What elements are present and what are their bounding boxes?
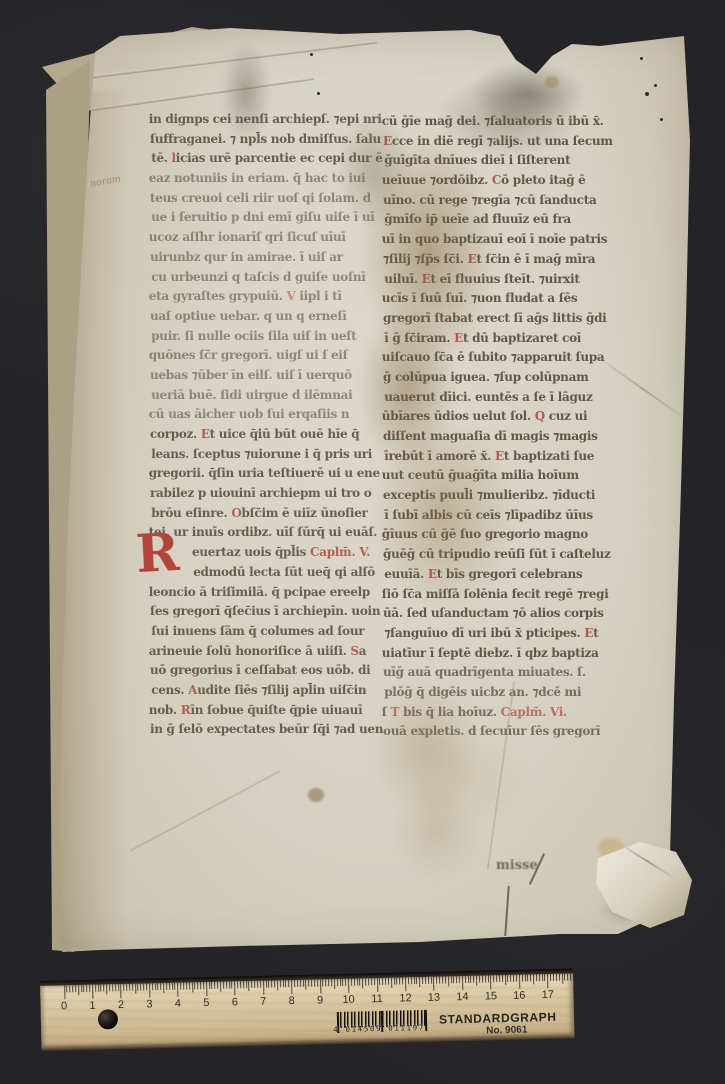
ruler-tick (530, 974, 531, 981)
ruler-tick (160, 983, 161, 990)
ruler-tick (351, 979, 352, 986)
ruler-tick (340, 979, 341, 986)
ruler-tick (192, 982, 193, 992)
ruler-tick (92, 985, 93, 999)
ruler-tick (163, 983, 164, 993)
ruler-tick (533, 974, 534, 984)
ruler-tick (320, 979, 321, 993)
ruler-tick (186, 983, 187, 990)
ruler-tick (212, 982, 213, 989)
ruler-tick (169, 983, 170, 990)
ruler-tick (140, 984, 141, 991)
ruler-number: 8 (289, 995, 295, 1007)
ruler-number: 3 (146, 998, 152, 1010)
ruler-tick (240, 981, 241, 988)
ruler-tick (428, 977, 429, 984)
ruler-tick (95, 985, 96, 992)
ruler-tick (223, 982, 224, 989)
ruler-tick (271, 981, 272, 988)
ruler-tick (342, 979, 343, 986)
ruler-tick (220, 982, 221, 992)
ruler-tick (567, 974, 568, 981)
ruler-tick (465, 976, 466, 983)
ruler-number: 2 (118, 999, 124, 1011)
ruler-tick (516, 975, 517, 982)
ruler-tick (166, 983, 167, 990)
ruler-tick (112, 984, 113, 991)
ruler-tick (496, 975, 497, 982)
ruler-tick (510, 975, 511, 982)
ruler-tick (544, 974, 545, 981)
ruler-tick (539, 974, 540, 981)
barcode-digits: 4 014509 011197 (333, 1023, 433, 1034)
ruler-number: 17 (542, 989, 555, 1001)
ruler-number: 10 (342, 994, 355, 1006)
ruler-tick (490, 975, 491, 989)
ruler-tick (98, 985, 99, 992)
ruler-tick (300, 980, 301, 987)
ruler-tick (564, 974, 565, 981)
ruler-tick (257, 981, 258, 988)
ruler-tick (411, 977, 412, 984)
ruler-tick (451, 976, 452, 983)
ruler-tick (268, 981, 269, 988)
manuscript-leaf: noram in dignps cei nenſi archiepſ. ⁊epi… (40, 20, 705, 965)
ruler-tick (305, 980, 306, 990)
ruler-tick (157, 983, 158, 990)
ruler-tick (180, 983, 181, 990)
ruler-tick (246, 981, 247, 988)
wooden-ruler: 01234567891011121314151617 4 014509 0111… (40, 968, 575, 1051)
leaf-vignette (40, 20, 705, 965)
ruler-tick (357, 979, 358, 986)
ruler-tick (485, 975, 486, 982)
ruler-tick (325, 979, 326, 986)
ruler-tick (277, 980, 278, 990)
ruler-tick (138, 984, 139, 991)
ruler-scale: 01234567891011121314151617 (40, 968, 575, 1051)
ruler-tick (414, 977, 415, 984)
ruler-tick (388, 978, 389, 985)
ruler-tick (422, 977, 423, 984)
ruler-tick (331, 979, 332, 986)
ruler-tick (217, 982, 218, 989)
ruler-tick (75, 985, 76, 992)
ruler-tick (72, 985, 73, 992)
ruler-tick (354, 979, 355, 986)
ruler-tick (462, 976, 463, 990)
ruler-tick (547, 974, 548, 988)
ruler-tick (334, 979, 335, 989)
ruler-tick (394, 978, 395, 985)
ruler-tick (405, 977, 406, 991)
ruler-tick (559, 974, 560, 981)
ruler-tick (448, 976, 449, 986)
ruler-tick (260, 981, 261, 988)
ruler-tick (214, 982, 215, 989)
ruler-tick (425, 977, 426, 984)
ruler-tick (345, 979, 346, 986)
ruler-tick (482, 976, 483, 983)
ruler-tick (132, 984, 133, 991)
ruler-tick (436, 977, 437, 984)
ruler-tick (323, 979, 324, 986)
ruler-tick (314, 980, 315, 987)
ruler-tick (86, 985, 87, 992)
ruler-tick (274, 980, 275, 987)
ruler-number: 1 (89, 1000, 95, 1012)
ruler-tick (431, 977, 432, 984)
ruler-tick (379, 978, 380, 985)
ruler-tick (570, 973, 571, 980)
ruler-tick (311, 980, 312, 987)
ruler-tick (522, 975, 523, 982)
ruler-tick (374, 978, 375, 985)
ruler-tick (459, 976, 460, 983)
ruler-tick (78, 985, 79, 995)
ruler-tick (288, 980, 289, 987)
ruler-tick (175, 983, 176, 990)
ruler-number: 7 (260, 996, 266, 1008)
ruler-tick (135, 984, 136, 994)
ruler-tick (536, 974, 537, 981)
ruler-tick (152, 983, 153, 990)
ruler-tick (209, 982, 210, 989)
ruler-tick (416, 977, 417, 984)
ruler-tick (468, 976, 469, 983)
ruler-tick (291, 980, 292, 994)
ruler-tick (263, 981, 264, 995)
ruler-tick (123, 984, 124, 991)
ruler-tick (121, 984, 122, 998)
ruler-tick (266, 981, 267, 988)
ruler-number: 9 (317, 994, 323, 1006)
ruler-tick (103, 984, 104, 991)
ruler-tick (183, 983, 184, 990)
ruler-tick (445, 976, 446, 983)
ruler-tick (385, 978, 386, 985)
ruler-tick (84, 985, 85, 992)
ruler-tick (237, 981, 238, 988)
ruler-number: 0 (61, 1000, 67, 1012)
ruler-tick (470, 976, 471, 983)
ruler-tick (109, 984, 110, 991)
ruler-tick (507, 975, 508, 982)
ruler-tick (249, 981, 250, 991)
ruler-number: 15 (485, 990, 498, 1002)
ruler-tick (194, 982, 195, 989)
ruler-number: 13 (428, 992, 441, 1004)
ruler-tick (368, 978, 369, 985)
ruler-tick (317, 979, 318, 986)
ruler-tick (399, 978, 400, 985)
ruler-tick (359, 978, 360, 985)
ruler-tick (493, 975, 494, 982)
ruler-number: 12 (399, 992, 412, 1004)
ruler-tick (177, 983, 178, 997)
ruler-tick (553, 974, 554, 981)
ruler-tick (328, 979, 329, 986)
ruler-tick (283, 980, 284, 987)
ruler-tick (562, 974, 563, 984)
ruler-tick (505, 975, 506, 985)
ruler-tick (251, 981, 252, 988)
ruler-tick (456, 976, 457, 983)
ruler-tick (226, 982, 227, 989)
photo-stage: noram in dignps cei nenſi archiepſ. ⁊epi… (0, 0, 725, 1084)
ruler-tick (502, 975, 503, 982)
ruler-tick (118, 984, 119, 991)
ruler-tick (206, 982, 207, 996)
ruler-tick (391, 978, 392, 988)
ruler-tick (149, 983, 150, 997)
ruler-number: 4 (175, 998, 181, 1010)
ruler-tick (527, 974, 528, 981)
ruler-tick (297, 980, 298, 987)
ruler-tick (254, 981, 255, 988)
ruler-tick (106, 984, 107, 994)
ruler-tick (473, 976, 474, 983)
ruler-tick (476, 976, 477, 986)
ruler-tick (542, 974, 543, 981)
ruler-tick (294, 980, 295, 987)
ruler-number: 11 (371, 993, 383, 1005)
ruler-tick (513, 975, 514, 982)
ruler-tick (146, 983, 147, 990)
ruler-tick (280, 980, 281, 987)
ruler-tick (408, 977, 409, 984)
ruler-tick (308, 980, 309, 987)
ruler-tick (115, 984, 116, 991)
ruler-tick (371, 978, 372, 985)
ruler-tick (234, 981, 235, 995)
ruler-number: 14 (456, 991, 469, 1003)
ruler-tick (126, 984, 127, 991)
ruler-tick (396, 978, 397, 985)
ruler-number: 16 (513, 990, 526, 1002)
ruler-tick (453, 976, 454, 983)
ruler-tick (229, 982, 230, 989)
ruler-tick (479, 976, 480, 983)
ruler-tick (337, 979, 338, 986)
ruler-tick (433, 977, 434, 991)
ruler-tick (197, 982, 198, 989)
ruler-tick (155, 983, 156, 990)
ruler-tick (66, 985, 67, 992)
ruler-tick (89, 985, 90, 992)
ruler-tick (442, 977, 443, 984)
ruler-tick (64, 985, 65, 999)
ruler-tick (377, 978, 378, 992)
ruler-tick (303, 980, 304, 987)
ruler-tick (243, 981, 244, 988)
ruler-tick (382, 978, 383, 985)
ruler-tick (362, 978, 363, 988)
ruler-tick (550, 974, 551, 981)
ruler-tick (365, 978, 366, 985)
ruler-tick (419, 977, 420, 987)
ruler-tick (348, 979, 349, 993)
ruler-tick (189, 982, 190, 989)
barcode: 4 014509 011197 (337, 1010, 428, 1038)
ruler-tick (499, 975, 500, 982)
ruler-number: 5 (203, 997, 209, 1009)
ruler-tick (488, 975, 489, 982)
ruler-tick (69, 985, 70, 992)
ruler-tick (402, 977, 403, 984)
ruler-tick (203, 982, 204, 989)
ruler-tick (525, 975, 526, 982)
ruler-tick (286, 980, 287, 987)
ruler-tick (101, 985, 102, 992)
ruler-tick (143, 984, 144, 991)
ruler-tick (81, 985, 82, 992)
ruler-tick (172, 983, 173, 990)
ruler-tick (439, 977, 440, 984)
ruler-tick (129, 984, 130, 991)
ruler-tick (556, 974, 557, 981)
ruler-tick (200, 982, 201, 989)
ruler-tick (231, 981, 232, 988)
ruler-tick (519, 975, 520, 989)
ruler-number: 6 (232, 996, 238, 1008)
